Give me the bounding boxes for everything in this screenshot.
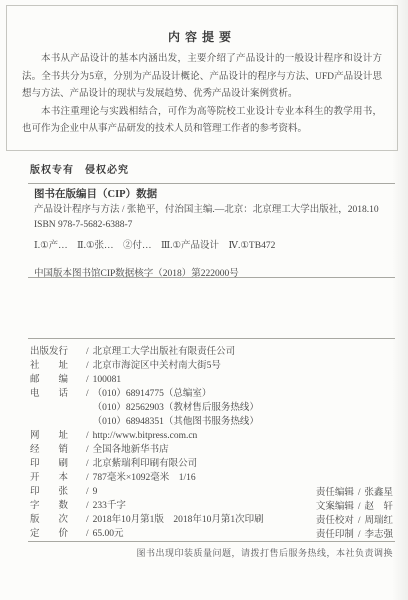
field-value: 787毫米×1092毫米 1/16 <box>93 471 196 485</box>
field-value: （010）82562903（教材售后服务热线） <box>93 401 259 415</box>
quality-service-note: 图书出现印装质量问题，请拨打售后服务热线，本社负责调换 <box>136 546 393 559</box>
publication-info-row: 印 张/9 <box>30 485 330 499</box>
content-summary-paragraph: 本书注重理论与实践相结合，可作为高等院校工业设计专业本科生的教学用书，也可作为企… <box>22 104 382 139</box>
divider-rule <box>28 183 395 184</box>
staff-name: 周瑞红 <box>364 514 393 528</box>
content-summary-paragraph: 本书从产品设计的基本内涵出发，主要介绍了产品设计的一般设计程序和设计方法。全书共… <box>22 51 382 104</box>
staff-credit-row: 责任印制/李志强 <box>316 528 393 542</box>
publication-info-row: 字 数/233千字 <box>30 499 330 513</box>
publication-info-row: 开 本/787毫米×1092毫米 1/16 <box>30 471 330 485</box>
field-separator: / <box>354 500 365 514</box>
field-value: 9 <box>93 485 98 499</box>
staff-credits-block: 责任编辑/张鑫星 文案编辑/赵 轩 责任校对/周瑞红 责任印制/李志强 <box>316 486 393 542</box>
field-label: 经 销 <box>30 443 82 457</box>
staff-name: 赵 轩 <box>364 500 393 514</box>
publication-info-row: 网 址/http://www.bitpress.com.cn <box>30 429 330 443</box>
field-separator: / <box>82 429 93 443</box>
field-separator: / <box>82 443 93 457</box>
publication-info-row: 经 销/全国各地新华书店 <box>30 443 330 457</box>
field-value: 全国各地新华书店 <box>93 443 169 457</box>
field-label: 电 话 <box>30 387 82 401</box>
field-label: 字 数 <box>30 499 82 513</box>
field-separator: / <box>82 345 93 359</box>
field-separator: / <box>82 387 93 401</box>
field-label: 开 本 <box>30 471 82 485</box>
staff-credit-row: 责任编辑/张鑫星 <box>316 486 393 500</box>
field-label: 印 刷 <box>30 457 82 471</box>
field-value: 北京市海淀区中关村南大街5号 <box>93 359 221 373</box>
divider-rule <box>28 277 395 278</box>
field-label: 定 价 <box>30 527 82 541</box>
field-separator: / <box>354 514 365 528</box>
field-label <box>30 415 82 429</box>
field-label: 版 次 <box>30 513 82 527</box>
content-summary-title: 内容提要 <box>7 28 397 45</box>
staff-role: 责任印制 <box>316 528 354 542</box>
staff-name: 李志强 <box>364 528 393 542</box>
field-label: 印 张 <box>30 485 82 499</box>
publication-info-row: 社 址/北京市海淀区中关村南大街5号 <box>30 359 330 373</box>
field-value: 65.00元 <box>93 527 124 541</box>
publication-info-row: 邮 编/100081 <box>30 373 330 387</box>
publication-info-row: 印 刷/北京紫瑞利印刷有限公司 <box>30 457 330 471</box>
field-label <box>30 401 82 415</box>
field-value: 233千字 <box>93 499 126 513</box>
field-value: 2018年10月第1版 2018年10月第1次印刷 <box>93 513 264 527</box>
field-separator: / <box>82 471 93 485</box>
cip-classification: Ⅰ.①产… Ⅱ.①张… ②付… Ⅲ.①产品设计 Ⅳ.①TB472 <box>34 239 394 254</box>
field-value: http://www.bitpress.com.cn <box>93 429 198 443</box>
field-separator: / <box>354 528 365 542</box>
staff-role: 文案编辑 <box>316 500 354 514</box>
field-separator: / <box>82 457 93 471</box>
cip-record-number: 中国版本图书馆CIP数据核字（2018）第222000号 <box>34 267 394 282</box>
field-value: （010）68948351（其他图书服务热线） <box>93 415 259 429</box>
content-summary-box: 内容提要 本书从产品设计的基本内涵出发，主要介绍了产品设计的一般设计程序和设计方… <box>6 5 398 151</box>
field-value: （010）68914775（总编室） <box>93 387 212 401</box>
field-separator: / <box>82 513 93 527</box>
publication-info-row: 定 价/65.00元 <box>30 527 330 541</box>
field-separator: / <box>82 527 93 541</box>
field-value: 100081 <box>93 373 122 387</box>
field-label: 网 址 <box>30 429 82 443</box>
field-separator: / <box>82 499 93 513</box>
field-label: 邮 编 <box>30 373 82 387</box>
field-value: 北京理工大学出版社有限责任公司 <box>93 345 236 359</box>
field-value: 北京紫瑞利印刷有限公司 <box>93 457 198 471</box>
divider-rule <box>28 541 395 542</box>
cip-isbn: ISBN 978-7-5682-6388-7 <box>34 218 394 233</box>
cip-heading: 图书在版编目（CIP）数据 <box>34 186 394 203</box>
staff-credit-row: 责任校对/周瑞红 <box>316 514 393 528</box>
field-label: 出版发行 <box>30 345 82 359</box>
publication-info-block: 出版发行/北京理工大学出版社有限责任公司 社 址/北京市海淀区中关村南大街5号 … <box>30 345 330 541</box>
field-separator: / <box>82 373 93 387</box>
field-separator: / <box>82 359 93 373</box>
staff-role: 责任校对 <box>316 514 354 528</box>
publication-info-row: 版 次/2018年10月第1版 2018年10月第1次印刷 <box>30 513 330 527</box>
publication-info-row: /（010）82562903（教材售后服务热线） <box>30 401 330 415</box>
staff-name: 张鑫星 <box>364 486 393 500</box>
publication-info-row: /（010）68948351（其他图书服务热线） <box>30 415 330 429</box>
cip-data-block: 图书在版编目（CIP）数据 产品设计程序与方法 / 张艳平，付治国主编.—北京：… <box>34 186 394 282</box>
divider-rule <box>28 338 395 339</box>
staff-credit-row: 文案编辑/赵 轩 <box>316 500 393 514</box>
field-separator: / <box>354 486 365 500</box>
publication-info-row: 电 话/（010）68914775（总编室） <box>30 387 330 401</box>
cip-title-line: 产品设计程序与方法 / 张艳平，付治国主编.—北京：北京理工大学出版社，2018… <box>34 203 394 218</box>
content-summary-paragraphs: 本书从产品设计的基本内涵出发，主要介绍了产品设计的一般设计程序和设计方法。全书共… <box>7 45 397 139</box>
field-separator: / <box>82 485 93 499</box>
publication-info-row: 出版发行/北京理工大学出版社有限责任公司 <box>30 345 330 359</box>
staff-role: 责任编辑 <box>316 486 354 500</box>
field-label: 社 址 <box>30 359 82 373</box>
copyright-notice: 版权专有 侵权必究 <box>30 161 129 176</box>
